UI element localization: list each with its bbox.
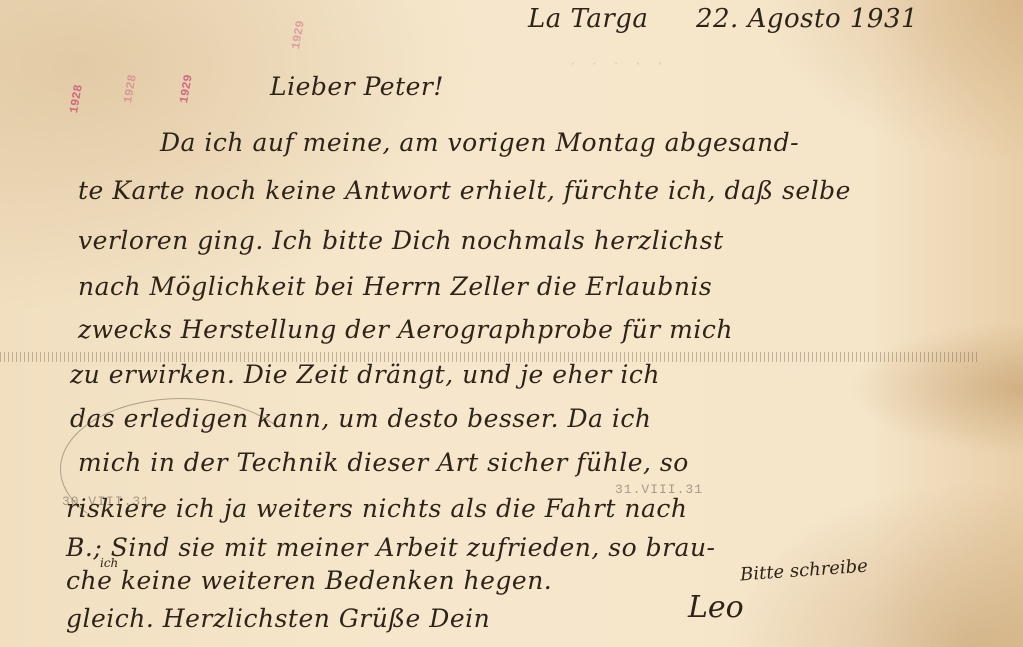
body-line: B.; Sind sie mit meiner Arbeit zufrieden… [66, 533, 716, 562]
red-number-stamp: 1929 [177, 74, 196, 105]
body-line: mich in der Technik dieser Art sicher fü… [78, 448, 689, 477]
faint-stamp-impression: · · · · · [570, 55, 720, 85]
body-line: Da ich auf meine, am vorigen Montag abge… [160, 128, 799, 157]
salutation: Lieber Peter! [270, 72, 444, 101]
postcard: · · · · · 1928 1928 1929 1929 La Targa 2… [0, 0, 1023, 647]
place: La Targa [528, 4, 648, 34]
red-number-stamp: 1928 [121, 74, 140, 105]
body-line: das erledigen kann, um desto besser. Da … [70, 404, 652, 433]
postscript: Bitte schreibe [739, 556, 868, 586]
body-line: zu erwirken. Die Zeit drängt, und je ehe… [70, 360, 660, 389]
red-number-stamp: 1929 [289, 20, 308, 51]
body-line: zwecks Herstellung der Aerographprobe fü… [78, 315, 733, 344]
body-line: riskiere ich ja weiters nichts als die F… [66, 494, 687, 523]
body-line: te Karte noch keine Antwort erhielt, für… [78, 176, 851, 205]
body-line: che keine weiteren Bedenken hegen. [66, 566, 552, 595]
signature: Leo [688, 590, 744, 625]
body-line: verloren ging. Ich bitte Dich nochmals h… [78, 226, 724, 255]
red-number-stamp: 1928 [67, 84, 86, 115]
body-line: nach Möglichkeit bei Herrn Zeller die Er… [78, 272, 712, 301]
insertion-note: ich [100, 556, 118, 570]
body-line: gleich. Herzlichsten Grüße Dein [66, 604, 490, 633]
place-date: La Targa 22. Agosto 1931 [528, 4, 918, 34]
date: 22. Agosto 1931 [696, 4, 918, 34]
